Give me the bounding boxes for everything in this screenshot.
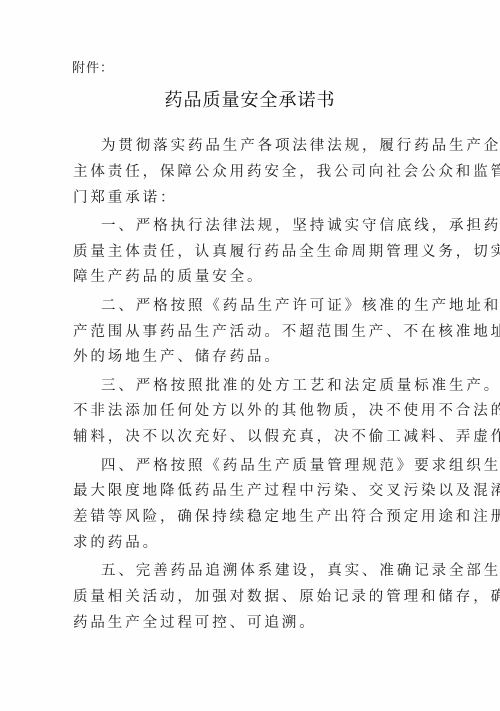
text-line: 不非法添加任何处方以外的其他物质，决不使用不合法的原	[73, 399, 433, 425]
text-line: 求的药品。	[73, 531, 433, 557]
text-line: 差错等风险，确保持续稳定地生产出符合预定用途和注册要	[73, 505, 433, 531]
text-line: 最大限度地降低药品生产过程中污染、交叉污染以及混淆、	[73, 479, 433, 505]
paragraph-2: 二、严格按照《药品生产许可证》核准的生产地址和生 产范围从事药品生产活动。不超范…	[73, 294, 433, 371]
text-line: 质量相关活动，加强对数据、原始记录的管理和储存，确保	[73, 585, 433, 611]
text-line: 三、严格按照批准的处方工艺和法定质量标准生产。决	[73, 374, 433, 400]
document-page: 附件： 药品质量安全承诺书 为贯彻落实药品生产各项法律法规，履行药品生产企业 主…	[0, 0, 500, 711]
text-line: 质量主体责任，认真履行药品全生命周期管理义务，切实保	[73, 240, 433, 266]
paragraph-1: 一、严格执行法律法规，坚持诚实守信底线，承担药品 质量主体责任，认真履行药品全生…	[73, 214, 433, 291]
paragraph-4: 四、严格按照《药品生产质量管理规范》要求组织生产。 最大限度地降低药品生产过程中…	[73, 454, 433, 557]
attachment-label: 附件：	[72, 60, 114, 78]
text-line: 四、严格按照《药品生产质量管理规范》要求组织生产。	[73, 454, 433, 480]
document-title: 药品质量安全承诺书	[0, 89, 500, 113]
document-body: 为贯彻落实药品生产各项法律法规，履行药品生产企业 主体责任，保障公众用药安全，我…	[73, 134, 433, 639]
text-line: 五、完善药品追溯体系建设，真实、准确记录全部生产、	[73, 559, 433, 585]
text-line: 门郑重承诺：	[73, 186, 433, 212]
text-line: 障生产药品的质量安全。	[73, 265, 433, 291]
text-line: 二、严格按照《药品生产许可证》核准的生产地址和生	[73, 294, 433, 320]
text-line: 药品生产全过程可控、可追溯。	[73, 611, 433, 637]
text-line: 辅料，决不以次充好、以假充真，决不偷工减料、弄虚作假。	[73, 425, 433, 451]
text-line: 外的场地生产、储存药品。	[73, 345, 433, 371]
text-line: 产范围从事药品生产活动。不超范围生产、不在核准地址以	[73, 320, 433, 346]
text-line: 为贯彻落实药品生产各项法律法规，履行药品生产企业	[73, 134, 433, 160]
text-line: 主体责任，保障公众用药安全，我公司向社会公众和监管部	[73, 160, 433, 186]
paragraph-intro: 为贯彻落实药品生产各项法律法规，履行药品生产企业 主体责任，保障公众用药安全，我…	[73, 134, 433, 211]
paragraph-5: 五、完善药品追溯体系建设，真实、准确记录全部生产、 质量相关活动，加强对数据、原…	[73, 559, 433, 636]
text-line: 一、严格执行法律法规，坚持诚实守信底线，承担药品	[73, 214, 433, 240]
paragraph-3: 三、严格按照批准的处方工艺和法定质量标准生产。决 不非法添加任何处方以外的其他物…	[73, 374, 433, 451]
